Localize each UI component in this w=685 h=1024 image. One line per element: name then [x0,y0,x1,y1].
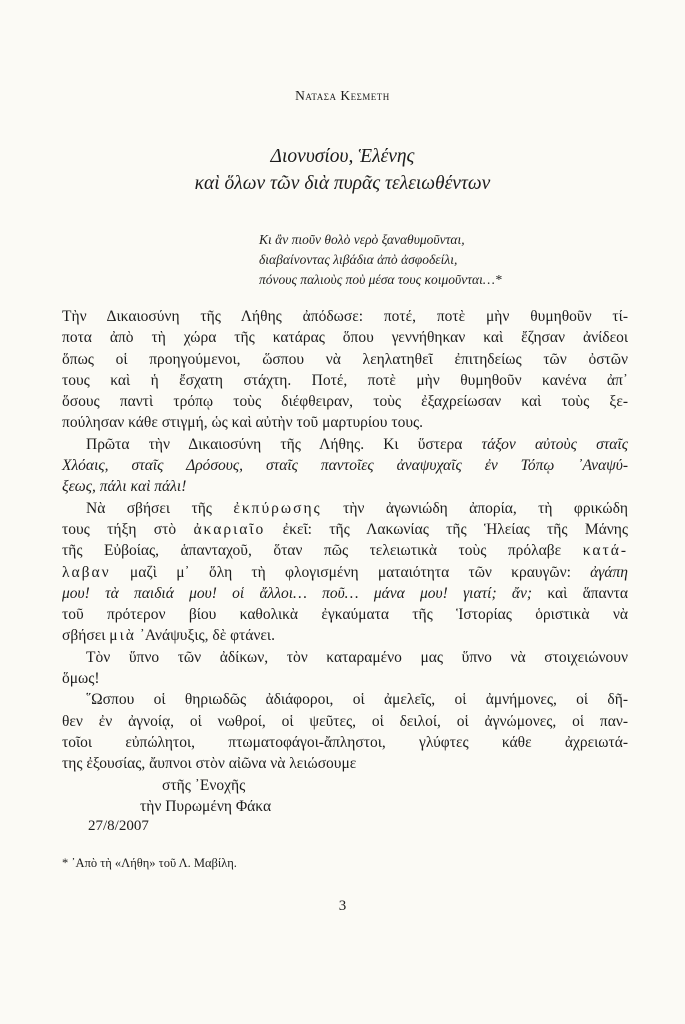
text-line: ποτα ἀπὸ τὴ χώρα τῆς κατάρας ὅπου γεννήθ… [62,327,628,348]
text-line: σβήσει μιὰ ᾽Ανάψυξις, δὲ φτάνει. [62,625,628,646]
spaced-span: ἐκπύρωσης [233,500,321,517]
spaced-span: μιὰ [109,627,136,644]
document-page: Νατασα Κεσμετη Διονυσίου, Ἑλένης καὶ ὅλω… [0,0,685,1024]
epigraph: Κι ἂν πιοῦν θολὸ νερὸ ξαναθυμοῦνται, δια… [259,230,639,290]
text-span: μαζὶ μ᾽ ὅλη τὴ φλογισμένη ματαιότητα τῶν… [111,564,591,581]
title-line-2: καὶ ὅλων τῶν διὰ πυρᾶς τελειωθέντων [0,170,685,197]
closing-line: στῆς ᾽Ενοχῆς [62,775,628,796]
date: 27/8/2007 [88,818,149,835]
italic-span: μου! τὰ παιδιά μου! οἱ ἄλλοι… ποῦ… μάνα … [62,585,532,602]
text-line: ὅπως οἱ προηγούμενοι, ὥσπου νὰ λεηλατηθε… [62,349,628,370]
text-span: τους τήξη στὸ [62,521,193,538]
closing-line: τὴν Πυρωμένη Φάκα [62,796,628,817]
text-line: της ἐξουσίας, ἄυπνοι στὸν αἰῶνα νὰ λειώσ… [62,753,628,774]
text-line: τῆς Εὐβοίας, ἁπανταχοῦ, ὅταν πῶς τελειωτ… [62,540,628,561]
text-line: ὅσους παντὶ τρόπῳ τοὺς διέφθειραν, τοὺς … [62,391,628,412]
spaced-span: κατά- [583,542,628,559]
text-span: ἐκεῖ: τῆς Λακωνίας τῆς Ἡλείας τῆς Μάνης [265,521,628,538]
spaced-span: λαβαν [62,564,111,581]
author-name: Νατασα Κεσμετη [0,88,685,104]
text-span: τὴν ἀγωνιώδη ἀπορία, τὴ φρικώδη [322,500,628,517]
text-span: σβήσει [62,627,109,644]
text-line: πούλησαν κάθε στιγμή, ὡς καὶ αὐτὴν τοῦ μ… [62,412,628,433]
text-line: Χλόαις, σταῖς Δρόσους, σταῖς παντοῖες ἀν… [62,455,628,476]
italic-span: ἀγάπη [590,564,628,581]
title-line-1: Διονυσίου, Ἑλένης [0,143,685,170]
text-line: τοῖοι εὐπώλητοι, πτωματοφάγοι-ἄπληστοι, … [62,732,628,753]
text-line: Τὸν ὕπνο τῶν ἀδίκων, τὸν καταραμένο μας … [62,647,628,668]
spaced-span: ἀκαριαῖο [193,521,265,538]
epigraph-line: Κι ἂν πιοῦν θολὸ νερὸ ξαναθυμοῦνται, [259,230,639,250]
text-line: τους τήξη στὸ ἀκαριαῖο ἐκεῖ: τῆς Λακωνία… [62,519,628,540]
text-line: ῞Ωσπου οἱ θηριωδῶς ἀδιάφοροι, οἱ ἀμελεῖς… [62,689,628,710]
text-line: τοῦ πρότερον βίου καθολικὰ ἐγκαύματα τῆς… [62,604,628,625]
text-line: θεν ἐν ἀγνοίᾳ, οἱ νωθροί, οἱ ψεῦτες, οἱ … [62,711,628,732]
poem-title: Διονυσίου, Ἑλένης καὶ ὅλων τῶν διὰ πυρᾶς… [0,143,685,197]
body-text: Τὴν Δικαιοσύνη τῆς Λήθης ἀπόδωσε: ποτέ, … [62,306,628,817]
text-line: λαβαν μαζὶ μ᾽ ὅλη τὴ φλογισμένη ματαιότη… [62,562,628,583]
text-line: ὅμως! [62,668,628,689]
page-number: 3 [0,898,685,915]
author-text: Νατασα Κεσμετη [295,88,390,103]
text-line: Νὰ σβήσει τῆς ἐκπύρωσης τὴν ἀγωνιώδη ἀπο… [62,498,628,519]
text-span: ᾽Ανάψυξις, δὲ φτάνει. [136,627,275,644]
text-span: καὶ ἅπαντα [532,585,628,602]
text-line: μου! τὰ παιδιά μου! οἱ ἄλλοι… ποῦ… μάνα … [62,583,628,604]
epigraph-line: πόνους παλιοὺς ποὺ μέσα τους κοιμοῦνται…… [259,270,639,290]
text-line: τους καὶ ἡ ἔσχατη στάχτη. Ποτέ, ποτὲ μὴν… [62,370,628,391]
text-span: Νὰ σβήσει τῆς [86,500,233,517]
text-line: Τὴν Δικαιοσύνη τῆς Λήθης ἀπόδωσε: ποτέ, … [62,306,628,327]
text-span: τῆς Εὐβοίας, ἁπανταχοῦ, ὅταν πῶς τελειωτ… [62,542,583,559]
italic-span: τάξον αὐτοὺς σταῖς [482,436,628,453]
text-line: Πρῶτα τὴν Δικαιοσύνη τῆς Λήθης. Κι ὕστερ… [62,434,628,455]
epigraph-line: διαβαίνοντας λιβάδια ἀπὸ ἀσφοδείλι, [259,250,639,270]
text-line: ξεως, πάλι καὶ πάλι! [62,476,628,497]
footnote: * ᾽Απὸ τὴ «Λήθη» τοῦ Λ. Μαβίλη. [62,856,237,871]
text-span: Πρῶτα τὴν Δικαιοσύνη τῆς Λήθης. Κι ὕστερ… [86,436,482,453]
